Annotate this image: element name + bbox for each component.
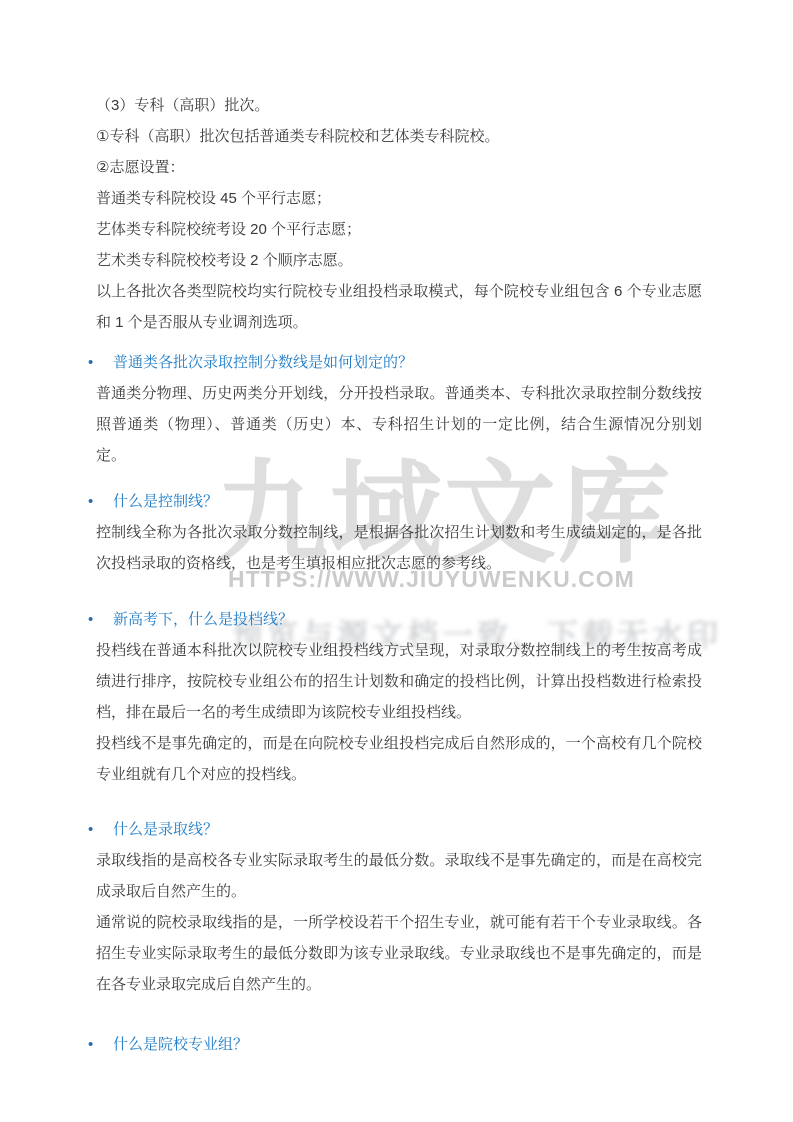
question-text: 什么是院校专业组？ [113, 1036, 248, 1053]
document-page: 九域文库 HTTPS://WWW.JIUYUWENKU.COM 预览与源文档一致… [0, 0, 793, 1122]
question-text: 新高考下，什么是投档线？ [113, 611, 293, 628]
paragraph-batch-title: （3）专科（高职）批次。 [96, 90, 702, 121]
question-text: 普通类各批次录取控制分数线是如何划定的？ [113, 354, 413, 371]
bullet-icon: • [88, 487, 93, 517]
paragraph-art-exam-colleges: 艺术类专科院校校考设 2 个顺序志愿。 [96, 245, 702, 276]
question-heading-cutoff-lines: • 普通类各批次录取控制分数线是如何划定的？ [96, 348, 702, 378]
bullet-icon: • [88, 348, 93, 378]
paragraph-admission-line-answer-2: 通常说的院校录取线指的是，一所学校设若干个招生专业，就可能有若干个专业录取线。各… [96, 907, 702, 1000]
paragraph-control-line-answer: 控制线全称为各批次录取分数控制线，是根据各批次招生计划数和考生成绩划定的，是各批… [96, 517, 702, 579]
paragraph-batch-scope: ①专科（高职）批次包括普通类专科院校和艺体类专科院校。 [96, 121, 702, 152]
bullet-icon: • [88, 605, 93, 635]
paragraph-art-pe-colleges: 艺体类专科院校统考设 20 个平行志愿； [96, 214, 702, 245]
bullet-icon: • [88, 1030, 93, 1060]
paragraph-group-mode: 以上各批次各类型院校均实行院校专业组投档录取模式，每个院校专业组包含 6 个专业… [96, 276, 702, 338]
paragraph-admission-line-answer-1: 录取线指的是高校各专业实际录取考生的最低分数。录取线不是事先确定的，而是在高校完… [96, 845, 702, 907]
question-heading-college-major-group: • 什么是院校专业组？ [96, 1030, 702, 1060]
question-text: 什么是控制线？ [113, 493, 218, 510]
document-content: （3）专科（高职）批次。 ①专科（高职）批次包括普通类专科院校和艺体类专科院校。… [96, 90, 702, 1060]
question-heading-admission-line: • 什么是录取线？ [96, 815, 702, 845]
paragraph-filing-line-answer-1: 投档线在普通本科批次以院校专业组投档线方式呈现，对录取分数控制线上的考生按高考成… [96, 635, 702, 728]
paragraph-volunteer-setting: ②志愿设置： [96, 152, 702, 183]
question-heading-control-line: • 什么是控制线？ [96, 487, 702, 517]
paragraph-cutoff-answer: 普通类分物理、历史两类分开划线，分开投档录取。普通类本、专科批次录取控制分数线按… [96, 378, 702, 471]
bullet-icon: • [88, 815, 93, 845]
paragraph-regular-colleges: 普通类专科院校设 45 个平行志愿； [96, 183, 702, 214]
paragraph-filing-line-answer-2: 投档线不是事先确定的，而是在向院校专业组投档完成后自然形成的，一个高校有几个院校… [96, 728, 702, 790]
question-heading-filing-line: • 新高考下，什么是投档线？ [96, 605, 702, 635]
question-text: 什么是录取线？ [113, 821, 218, 838]
